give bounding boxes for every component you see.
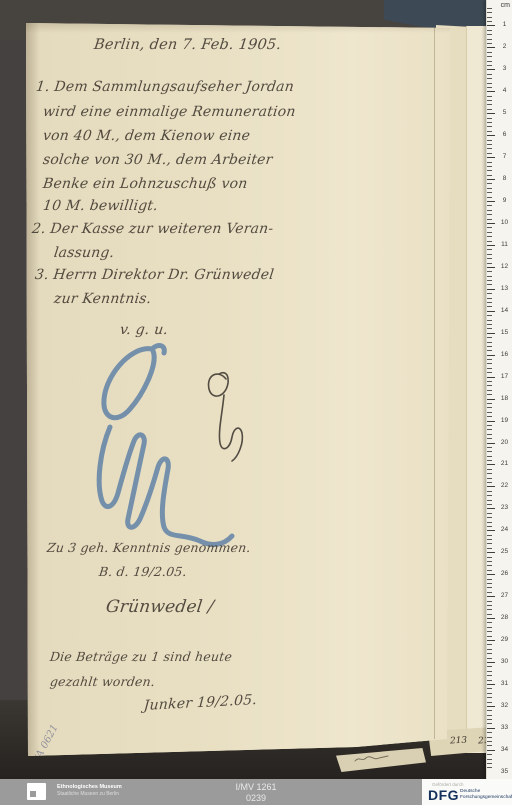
ruler-number: 10: [498, 219, 511, 226]
ruler-tick: [487, 39, 492, 40]
ruler-tick: [487, 500, 492, 501]
ruler-number: 22: [498, 482, 511, 489]
ruler-tick: [487, 263, 492, 264]
ruler-tick: [487, 548, 492, 549]
pencil-mark: [352, 752, 392, 766]
ruler-tick: [487, 741, 492, 742]
ruler-tick: [487, 183, 492, 184]
ruler-tick: [487, 561, 492, 562]
ruler-tick: [487, 680, 492, 681]
ruler-number: 9: [498, 197, 511, 204]
body-line: 10 M. bewilligt.: [42, 198, 159, 214]
ruler-tick: [487, 482, 492, 483]
ruler-tick: [487, 306, 492, 307]
ruler-tick: [487, 715, 492, 716]
museum-subtitle: Staatliche Museen zu Berlin: [57, 791, 122, 798]
ruler-tick: [487, 280, 492, 281]
ruler-tick: [487, 227, 492, 228]
receipt-note-date: B. d. 19/2.05.: [98, 564, 188, 579]
ruler-number: 30: [498, 658, 511, 665]
body-line: von 40 M., dem Kienow eine: [42, 128, 251, 144]
ruler-tick: [487, 355, 495, 356]
ruler-tick: [487, 443, 495, 444]
ruler-number: 14: [498, 307, 511, 314]
signature-gruenwedel: Grünwedel /: [105, 597, 215, 617]
ruler-number: 7: [498, 153, 511, 160]
ruler-number: 35: [498, 768, 511, 775]
ruler-tick: [487, 763, 492, 764]
ruler-tick: [487, 113, 495, 114]
ruler-tick: [487, 460, 492, 461]
ruler-tick: [487, 579, 492, 580]
ruler-tick: [487, 109, 492, 110]
ruler-tick: [487, 267, 495, 268]
payment-note-line: Die Beträge zu 1 sind heute: [49, 649, 233, 664]
ruler-tick: [487, 65, 492, 66]
ruler-tick: [487, 148, 492, 149]
ruler-tick: [487, 407, 492, 408]
ruler-tick: [487, 47, 495, 48]
ruler-tick: [487, 83, 492, 84]
ruler-tick: [487, 557, 492, 558]
ruler-tick: [487, 258, 492, 259]
ruler-number: 5: [498, 109, 511, 116]
ruler-tick: [487, 135, 495, 136]
ruler-tick: [487, 197, 492, 198]
body-line: zur Kenntnis.: [53, 291, 152, 307]
ruler-tick: [487, 649, 492, 650]
scan-page-number: 0239: [176, 793, 336, 804]
ruler-number: 16: [498, 351, 511, 358]
ruler-tick: [487, 693, 492, 694]
ruler-tick: [487, 622, 492, 623]
ruler-tick: [487, 157, 495, 158]
ruler-tick: [487, 162, 492, 163]
ruler-tick: [487, 214, 492, 215]
museum-text-block: Ethnologisches Museum Staatliche Museen …: [57, 784, 122, 798]
ruler-tick: [487, 69, 495, 70]
ruler-tick: [487, 293, 492, 294]
ruler-tick: [487, 605, 492, 606]
ruler-unit-label: cm: [501, 2, 510, 9]
archival-scan-viewer: Berlin, den 7. Feb. 1905. 1. Dem Sammlun…: [0, 0, 512, 805]
ruler-tick: [487, 609, 492, 610]
ruler-tick: [487, 315, 492, 316]
ruler-tick: [487, 570, 492, 571]
ruler-tick: [487, 320, 492, 321]
page-left-shadow: [26, 23, 40, 758]
ruler-tick: [487, 539, 492, 540]
date-line: Berlin, den 7. Feb. 1905.: [93, 37, 282, 53]
ruler-tick: [487, 737, 492, 738]
receipt-note-line: Zu 3 geh. Kenntnis genommen.: [46, 540, 252, 555]
ruler-tick: [487, 684, 495, 685]
museum-logo-icon: [27, 783, 46, 800]
ruler-tick: [487, 210, 492, 211]
ruler-tick: [487, 104, 492, 105]
ruler-tick: [487, 653, 492, 654]
ruler-tick: [487, 96, 492, 97]
footer-bar: Ethnologisches Museum Staatliche Museen …: [0, 779, 512, 805]
ruler-tick: [487, 21, 492, 22]
ruler-tick: [487, 276, 492, 277]
ruler-number: 13: [498, 285, 511, 292]
ruler-tick: [487, 723, 492, 724]
footer-white-panel: Gefördert durch DFG Deutsche Forschungsg…: [422, 779, 512, 805]
ruler-tick: [487, 241, 492, 242]
ruler-tick: [487, 205, 492, 206]
dfg-logo: DFG: [428, 787, 459, 803]
ruler-number: 27: [498, 592, 511, 599]
ruler-tick: [487, 363, 492, 364]
ruler-tick: [487, 8, 492, 9]
ruler-tick: [487, 390, 492, 391]
ruler-tick: [487, 333, 495, 334]
ruler-tick: [487, 552, 495, 553]
ruler-tick: [487, 232, 492, 233]
ruler-tick: [487, 412, 492, 413]
ruler-tick: [487, 289, 495, 290]
ruler-number: 20: [498, 439, 511, 446]
ruler-tick: [487, 759, 492, 760]
ruler-number: 33: [498, 724, 511, 731]
ruler-tick: [487, 636, 492, 637]
ruler-tick: [487, 614, 492, 615]
ruler-tick: [487, 425, 492, 426]
ruler: cm 1234567891011121314151617181920212223…: [486, 0, 512, 779]
ruler-tick: [487, 662, 495, 663]
ruler-tick: [487, 517, 492, 518]
ruler-tick: [487, 74, 492, 75]
ruler-number: 18: [498, 395, 511, 402]
dfg-name-block: Deutsche Forschungsgemeinschaft: [460, 789, 512, 800]
ruler-tick: [487, 627, 492, 628]
ruler-tick: [487, 526, 492, 527]
ruler-tick: [487, 100, 492, 101]
ruler-tick: [487, 478, 492, 479]
ruler-tick: [487, 504, 492, 505]
ruler-tick: [487, 543, 492, 544]
ruler-tick: [487, 126, 492, 127]
ruler-tick: [487, 385, 492, 386]
ruler-tick: [487, 91, 495, 92]
footer-gray-panel: Ethnologisches Museum Staatliche Museen …: [0, 779, 422, 805]
ruler-number: 26: [498, 570, 511, 577]
ruler-tick: [487, 43, 492, 44]
ruler-number: 3: [498, 65, 511, 72]
ruler-number: 25: [498, 548, 511, 555]
ruler-tick: [487, 728, 495, 729]
ruler-tick: [487, 421, 495, 422]
ruler-tick: [487, 140, 492, 141]
ruler-tick: [487, 530, 495, 531]
ruler-number: 4: [498, 87, 511, 94]
ruler-tick: [487, 702, 492, 703]
ruler-tick: [487, 144, 492, 145]
ruler-tick: [487, 522, 492, 523]
ruler-tick: [487, 719, 492, 720]
ruler-tick: [487, 223, 495, 224]
ruler-tick: [487, 87, 492, 88]
ruler-tick: [487, 754, 492, 755]
ruler-tick: [487, 508, 495, 509]
ruler-tick: [487, 574, 495, 575]
ruler-tick: [487, 118, 492, 119]
ruler-tick: [487, 403, 492, 404]
body-line: 1. Dem Sammlungsaufseher Jordan: [35, 79, 295, 95]
ruler-tick: [487, 583, 492, 584]
approval-initials: v. g. u.: [119, 322, 169, 338]
body-line: Benke ein Lohnzuschuß von: [42, 176, 248, 192]
ruler-tick: [487, 56, 492, 57]
ruler-tick: [487, 456, 492, 457]
ruler-number: 29: [498, 636, 511, 643]
ruler-tick: [487, 596, 495, 597]
ruler-number: 6: [498, 131, 511, 138]
ruler-number: 23: [498, 504, 511, 511]
museum-logo-notch: [30, 791, 36, 797]
ruler-tick: [487, 416, 492, 417]
ruler-number: 12: [498, 263, 511, 270]
ruler-tick: [487, 495, 492, 496]
ruler-tick: [487, 697, 492, 698]
ruler-tick: [487, 434, 492, 435]
ruler-tick: [487, 342, 492, 343]
ruler-tick: [487, 631, 492, 632]
ruler-tick: [487, 324, 492, 325]
ruler-tick: [487, 201, 495, 202]
ruler-tick: [487, 311, 495, 312]
ruler-tick: [487, 25, 495, 26]
ruler-tick: [487, 592, 492, 593]
ruler-tick: [487, 644, 492, 645]
ruler-tick: [487, 394, 492, 395]
page-crease-line: [434, 27, 435, 739]
ruler-tick: [487, 166, 492, 167]
signature-junker: Junker 19/2.05.: [143, 692, 257, 714]
ruler-number: 31: [498, 680, 511, 687]
ruler-tick: [487, 513, 492, 514]
ruler-tick: [487, 131, 492, 132]
payment-note-line: gezahlt worden.: [49, 674, 156, 689]
ruler-tick: [487, 381, 492, 382]
body-line: lassung.: [53, 245, 115, 261]
ruler-number: 17: [498, 373, 511, 380]
ruler-tick: [487, 12, 492, 13]
document-page: Berlin, den 7. Feb. 1905. 1. Dem Sammlun…: [26, 23, 456, 758]
ruler-tick: [487, 179, 495, 180]
ruler-tick: [487, 328, 492, 329]
ruler-tick: [487, 666, 492, 667]
ruler-tick: [487, 61, 492, 62]
ruler-tick: [487, 706, 495, 707]
ruler-tick: [487, 359, 492, 360]
inventory-id-block: I/MV 1261 0239: [176, 781, 336, 804]
dfg-name-line: Forschungsgemeinschaft: [460, 795, 512, 801]
inventory-number: I/MV 1261: [176, 781, 336, 793]
ruler-tick: [487, 302, 492, 303]
ruler-tick: [487, 52, 492, 53]
ruler-tick: [487, 732, 492, 733]
ruler-tick: [487, 337, 492, 338]
ruler-number: 28: [498, 614, 511, 621]
ruler-tick: [487, 192, 492, 193]
ruler-tick: [487, 464, 495, 465]
ruler-tick: [487, 298, 492, 299]
ruler-number: 19: [498, 417, 511, 424]
ruler-tick: [487, 346, 492, 347]
ruler-tick: [487, 175, 492, 176]
ruler-tick: [487, 350, 492, 351]
ruler-tick: [487, 469, 492, 470]
ruler-tick: [487, 767, 492, 768]
ruler-tick: [487, 34, 492, 35]
ruler-tick: [487, 491, 492, 492]
ink-paraph: [196, 365, 266, 475]
ruler-tick: [487, 399, 495, 400]
folio-number: 213: [450, 736, 468, 747]
body-line: solche von 30 M., dem Arbeiter: [42, 152, 274, 168]
ruler-tick: [487, 675, 492, 676]
ruler-tick: [487, 170, 492, 171]
ruler-tick: [487, 271, 492, 272]
ruler-tick: [487, 658, 492, 659]
ruler-tick: [487, 377, 495, 378]
ruler-number: 1: [498, 21, 511, 28]
ruler-tick: [487, 219, 492, 220]
ruler-tick: [487, 618, 495, 619]
body-line: 3. Herrn Direktor Dr. Grünwedel: [34, 267, 275, 283]
ruler-tick: [487, 565, 492, 566]
ruler-tick: [487, 750, 495, 751]
ruler-tick: [487, 372, 492, 373]
ruler-tick: [487, 122, 492, 123]
ruler-tick: [487, 640, 495, 641]
ruler-number: 8: [498, 175, 511, 182]
ruler-tick: [487, 486, 495, 487]
ruler-tick: [487, 688, 492, 689]
ruler-tick: [487, 745, 492, 746]
ruler-number: 21: [498, 460, 511, 467]
ruler-number: 15: [498, 329, 511, 336]
ruler-tick: [487, 451, 492, 452]
ruler-tick: [487, 78, 492, 79]
ruler-tick: [487, 438, 492, 439]
ruler-tick: [487, 236, 492, 237]
body-line: 2. Der Kasse zur weiteren Veran-: [31, 221, 274, 237]
ruler-tick: [487, 671, 492, 672]
ruler-tick: [487, 447, 492, 448]
ruler-tick: [487, 254, 492, 255]
museum-name: Ethnologisches Museum: [57, 784, 122, 791]
ruler-number: 11: [498, 241, 511, 248]
ruler-tick: [487, 710, 492, 711]
ruler-tick: [487, 17, 492, 18]
ruler-tick: [487, 368, 492, 369]
ruler-tick: [487, 535, 492, 536]
ruler-number: 24: [498, 526, 511, 533]
ruler-number: 2: [498, 43, 511, 50]
ruler-tick: [487, 473, 492, 474]
ruler-tick: [487, 188, 492, 189]
ruler-number: 32: [498, 702, 511, 709]
body-line: wird eine einmalige Remuneration: [42, 104, 297, 120]
ruler-tick: [487, 30, 492, 31]
ruler-number: 34: [498, 746, 511, 753]
ruler-tick: [487, 153, 492, 154]
ruler-tick: [487, 601, 492, 602]
ruler-tick: [487, 429, 492, 430]
ruler-tick: [487, 249, 492, 250]
ruler-tick: [487, 587, 492, 588]
ruler-tick: [487, 284, 492, 285]
ruler-tick: [487, 245, 495, 246]
